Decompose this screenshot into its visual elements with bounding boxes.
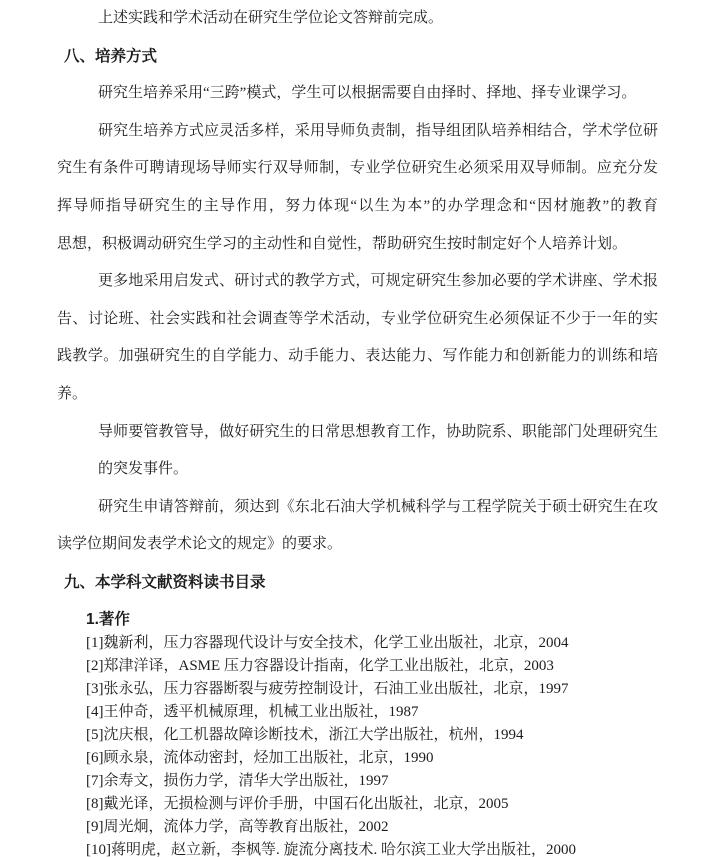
section-8-paragraph-2-line: 思想，积极调动研究生学习的主动性和自觉性，帮助研究生按时制定好个人培养计划。: [57, 226, 658, 264]
book-entry: [10]蒋明虎，赵立新，李枫等. 旋流分离技术. 哈尔滨工业大学出版社，2000: [86, 839, 658, 857]
book-entry: [4]王仲奇，透平机械原理，机械工业出版社，1987: [86, 701, 658, 724]
section-8-paragraph-1-line: 研究生培养采用“三跨”模式，学生可以根据需要自由择时、择地、择专业课学习。: [57, 75, 658, 113]
section-8-heading: 八、培养方式: [57, 38, 658, 76]
book-entry: [9]周光炯，流体力学，高等教育出版社，2002: [86, 816, 658, 839]
book-entry: [1]魏新利，压力容器现代设计与安全技术，化学工业出版社，北京，2004: [86, 632, 658, 655]
section-8-paragraph-4-line: 导师要管教管导，做好研究生的日常思想教育工作，协助院系、职能部门处理研究生: [57, 414, 658, 452]
reading-list-entries: [1]魏新利，压力容器现代设计与安全技术，化学工业出版社，北京，2004[2]郑…: [86, 632, 658, 857]
book-entry: [5]沈庆根，化工机器故障诊断技术，浙江大学出版社，杭州，1994: [86, 724, 658, 747]
section-8-paragraph-2-line: 究生有条件可聘请现场导师实行双导师制，专业学位研究生必须采用双导师制。应充分发: [57, 150, 658, 188]
book-entry: [3]张永弘，压力容器断裂与疲劳控制设计，石油工业出版社，北京，1997: [86, 678, 658, 701]
intro-paragraph: 上述实践和学术活动在研究生学位论文答辩前完成。: [57, 0, 658, 38]
section-8-paragraph-3-line: 更多地采用启发式、研讨式的教学方式，可规定研究生参加必要的学术讲座、学术报: [57, 263, 658, 301]
section-8-body: 研究生培养采用“三跨”模式，学生可以根据需要自由择时、择地、择专业课学习。研究生…: [57, 75, 658, 564]
section-8-paragraph-3-line: 养。: [57, 376, 658, 414]
book-entry: [2]郑津洋译，ASME 压力容器设计指南，化学工业出版社，北京，2003: [86, 655, 658, 678]
intro-paragraph-line: 上述实践和学术活动在研究生学位论文答辩前完成。: [57, 0, 658, 38]
section-8-paragraph-5-line: 研究生申请答辩前，须达到《东北石油大学机械科学与工程学院关于硕士研究生在攻: [57, 489, 658, 527]
book-entry: [6]顾永泉，流体动密封，烃加工出版社，北京，1990: [86, 747, 658, 770]
section-8-paragraph-4-line: 的突发事件。: [57, 451, 658, 489]
book-entry: [8]戴光译，无损检测与评价手册，中国石化出版社，北京，2005: [86, 793, 658, 816]
book-entry: [7]余寿文，损伤力学，清华大学出版社，1997: [86, 770, 658, 793]
section-8-paragraph-5-line: 读学位期间发表学术论文的规定》的要求。: [57, 526, 658, 564]
document-page: 上述实践和学术活动在研究生学位论文答辩前完成。 八、培养方式 研究生培养采用“三…: [0, 0, 716, 857]
section-9-heading: 九、本学科文献资料读书目录: [57, 564, 658, 602]
section-8-paragraph-2-line: 研究生培养方式应灵活多样，采用导师负责制，指导组团队培养相结合，学术学位研: [57, 113, 658, 151]
section-8-paragraph-2-line: 挥导师指导研究生的主导作用，努力体现“以生为本”的办学理念和“因材施教”的教育: [57, 188, 658, 226]
reading-list-title: 1.著作: [86, 608, 658, 632]
section-8-paragraph-3-line: 告、讨论班、社会实践和社会调查等学术活动，专业学位研究生必须保证不少于一年的实: [57, 301, 658, 339]
reading-list: 1.著作 [1]魏新利，压力容器现代设计与安全技术，化学工业出版社，北京，200…: [86, 608, 658, 857]
section-8-paragraph-3-line: 践教学。加强研究生的自学能力、动手能力、表达能力、写作能力和创新能力的训练和培: [57, 338, 658, 376]
